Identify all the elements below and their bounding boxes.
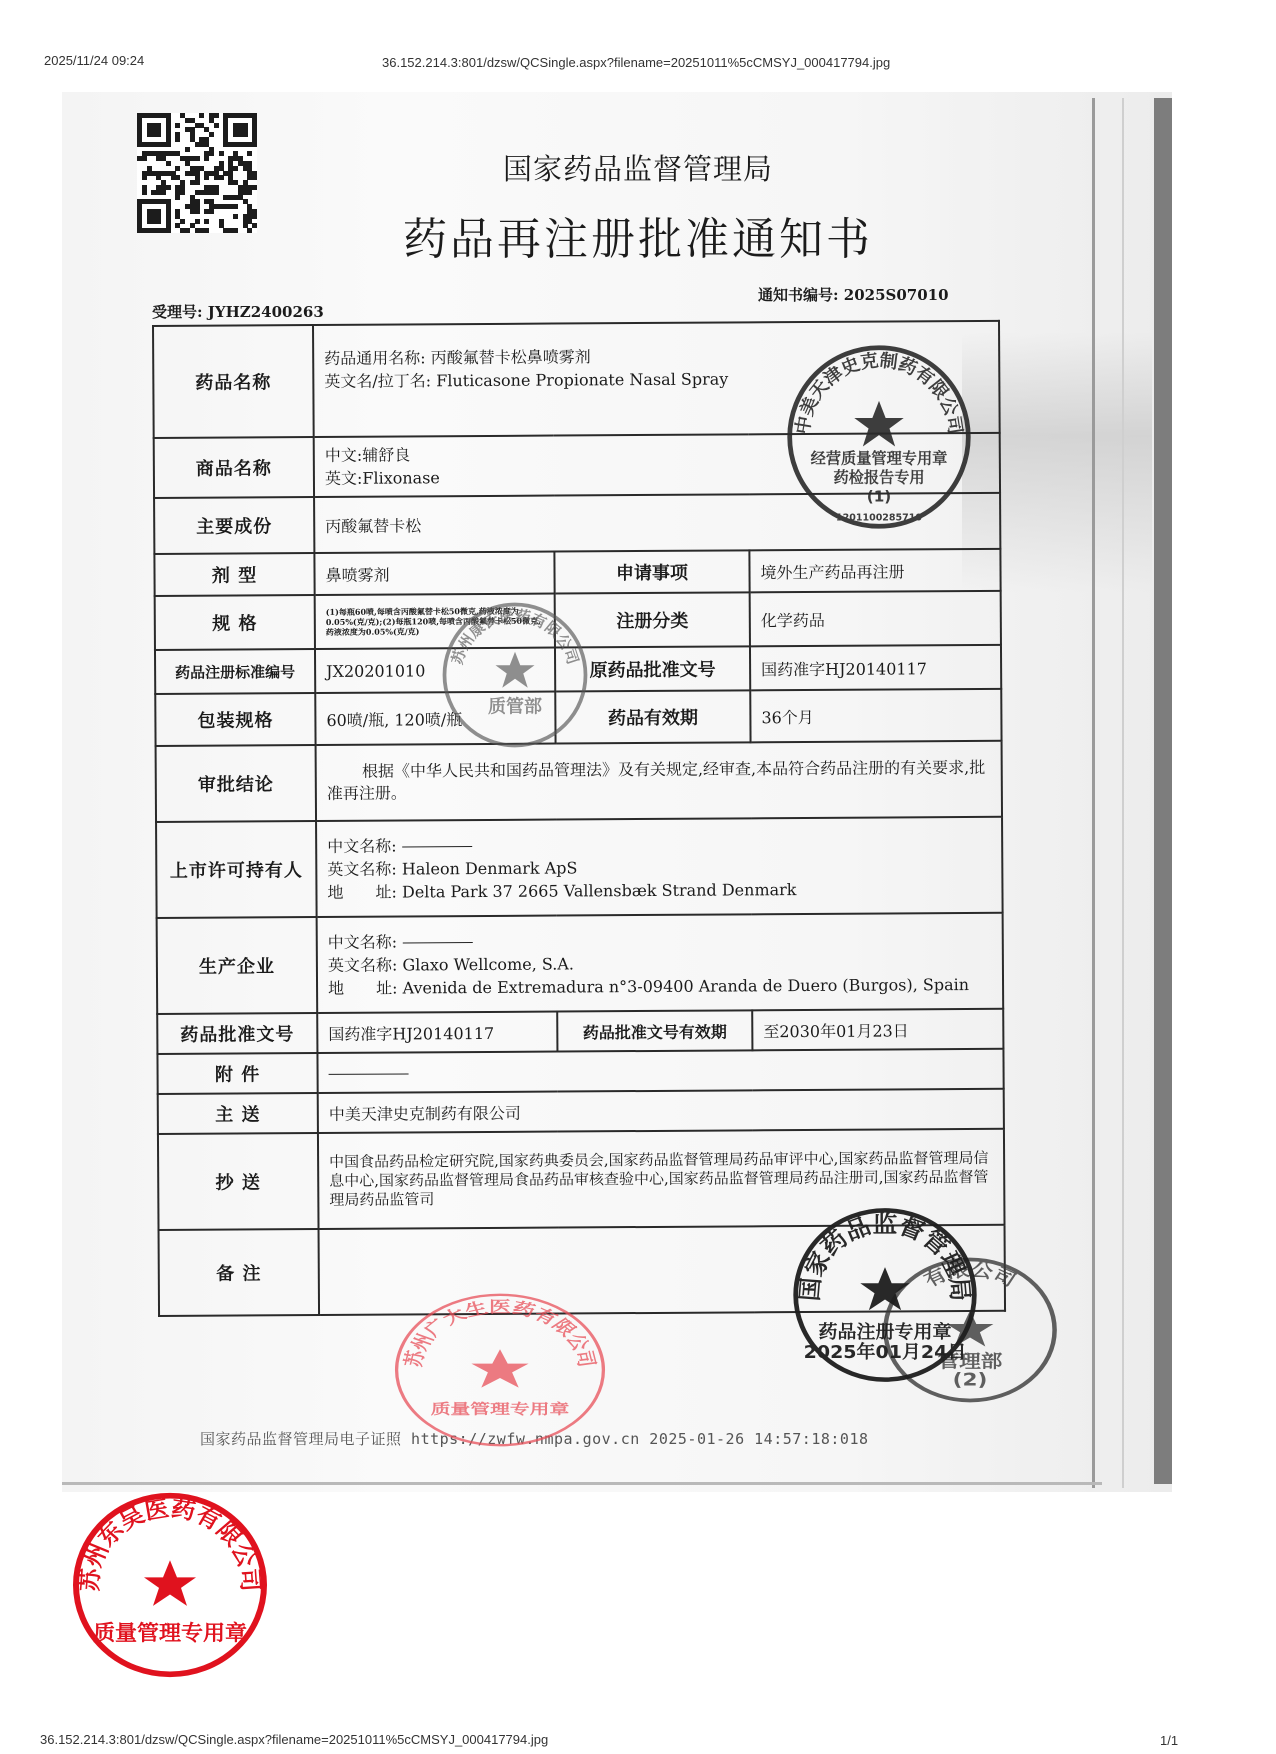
registration-category-value: 化学药品	[750, 591, 1001, 647]
print-datetime: 2025/11/24 09:24	[44, 53, 144, 68]
row-attachment: 附 件	[157, 1049, 1003, 1094]
row-dosage-form: 剂 型 鼻喷雾剂 申请事项 境外生产药品再注册	[154, 549, 1000, 596]
tianjin-company-stamp: 中美天津史克制药有限公司经营质量管理专用章药检报告专用(1)1201100285…	[784, 342, 974, 532]
scan-fold-line	[1122, 98, 1124, 1488]
label-approval-no-validity: 药品批准文号有效期	[557, 1010, 752, 1051]
notice-number: 通知书编号: 2025S07010	[758, 284, 949, 305]
svg-text:质管部: 质管部	[488, 696, 542, 718]
english-name-value: Fluticasone Propionate Nasal Spray	[436, 369, 728, 390]
dongwu-quality-stamp: 苏州东吴医药有限公司质量管理专用章	[70, 1490, 270, 1680]
guangda-quality-stamp: 苏州广大生医药有限公司质量管理专用章	[390, 1290, 610, 1450]
attachment-cell	[317, 1049, 1003, 1093]
trade-cn-label: 中文:	[325, 446, 363, 465]
approval-no-validity-value: 至2030年01月23日	[752, 1009, 1003, 1051]
acceptance-number: 受理号: JYHZ2400263	[152, 301, 324, 322]
svg-text:药检报告专用: 药检报告专用	[833, 469, 924, 487]
original-approval-no-value: 国药准字HJ20140117	[750, 645, 1001, 691]
mah-addr-value: Delta Park 37 2665 Vallensbæk Strand Den…	[402, 880, 797, 901]
label-cc: 抄 送	[158, 1133, 319, 1230]
mfr-en-label: 英文名称:	[328, 955, 398, 974]
row-approval-no: 药品批准文号 国药准字HJ20140117 药品批准文号有效期 至2030年01…	[157, 1009, 1003, 1054]
issuer-name: 国家药品监督管理局	[0, 147, 1276, 188]
label-conclusion: 审批结论	[156, 745, 316, 822]
label-mah: 上市许可持有人	[156, 821, 317, 918]
mah-en-label: 英文名称:	[327, 859, 397, 878]
mfr-cn-empty-dash	[402, 942, 472, 943]
attachment-empty-dash	[329, 1073, 409, 1074]
svg-text:药品注册专用章: 药品注册专用章	[819, 1322, 952, 1343]
mah-en-value: Haleon Denmark ApS	[402, 858, 578, 878]
application-item-value: 境外生产药品再注册	[749, 549, 1000, 593]
label-trade-name: 商品名称	[154, 437, 314, 498]
svg-text:(1): (1)	[867, 488, 891, 506]
svg-text:质量管理专用章: 质量管理专用章	[93, 1621, 247, 1646]
row-manufacturer: 生产企业 中文名称: 英文名称: Glaxo Wellcome, S.A. 地 …	[157, 913, 1004, 1014]
row-mah: 上市许可持有人 中文名称: 英文名称: Haleon Denmark ApS 地…	[156, 817, 1003, 918]
label-manufacturer: 生产企业	[157, 917, 318, 1014]
page-count: 1/1	[1160, 1733, 1178, 1748]
nmpa-registration-stamp: 国家药品监督管理局药品注册专用章2025年01月24日	[790, 1205, 980, 1385]
row-recipient: 主 送 中美天津史克制药有限公司	[158, 1089, 1004, 1134]
mfr-addr-value: Avenida de Extremadura n°3-09400 Aranda …	[402, 975, 969, 997]
generic-name-label: 药品通用名称:	[324, 348, 426, 368]
mfr-cn-label: 中文名称:	[328, 932, 398, 951]
scan-bottom-edge	[62, 1482, 1102, 1485]
mah-cn-empty-dash	[402, 846, 472, 847]
label-approval-no: 药品批准文号	[157, 1013, 317, 1054]
mfr-addr-label: 地 址:	[328, 978, 398, 997]
dosage-form-value: 鼻喷雾剂	[314, 552, 554, 595]
print-url-footer: 36.152.214.3:801/dzsw/QCSingle.aspx?file…	[40, 1732, 548, 1747]
svg-text:质量管理专用章: 质量管理专用章	[431, 1401, 569, 1418]
english-name-label: 英文名/拉丁名:	[324, 371, 431, 391]
svg-text:1201100285710: 1201100285710	[836, 513, 922, 524]
notice-number-label: 通知书编号:	[758, 286, 839, 304]
manufacturer-cell: 中文名称: 英文名称: Glaxo Wellcome, S.A. 地 址: Av…	[317, 913, 1004, 1013]
trade-en-value: Flixonase	[362, 468, 440, 487]
mah-addr-label: 地 址:	[327, 882, 397, 901]
trade-cn-value: 辅舒良	[362, 445, 410, 464]
mah-cn-label: 中文名称:	[327, 836, 397, 855]
svg-text:2025年01月24日: 2025年01月24日	[804, 1341, 967, 1362]
approval-no-value: 国药准字HJ20140117	[317, 1012, 557, 1053]
label-drug-name: 药品名称	[153, 325, 314, 438]
trade-en-label: 英文:	[325, 469, 363, 488]
recipient-value: 中美天津史克制药有限公司	[318, 1089, 1004, 1133]
label-standard-no: 药品注册标准编号	[155, 649, 315, 694]
scan-edge	[1154, 98, 1172, 1484]
label-recipient: 主 送	[158, 1093, 318, 1134]
print-url-header: 36.152.214.3:801/dzsw/QCSingle.aspx?file…	[382, 55, 890, 70]
generic-name-value: 丙酸氟替卡松鼻喷雾剂	[431, 347, 591, 367]
label-application-item: 申请事项	[554, 550, 749, 593]
kangshi-quality-stamp: 苏州康氏医药有限公司质管部	[440, 600, 590, 750]
label-package: 包装规格	[155, 693, 315, 746]
scan-fold-line	[1092, 98, 1095, 1488]
mfr-en-value: Glaxo Wellcome, S.A.	[402, 954, 574, 974]
acceptance-number-label: 受理号:	[152, 303, 203, 321]
label-dosage-form: 剂 型	[154, 553, 314, 596]
label-remarks: 备 注	[159, 1229, 320, 1316]
row-conclusion: 审批结论 根据《中华人民共和国药品管理法》及有关规定,经审查,本品符合药品注册的…	[156, 741, 1002, 822]
label-spec: 规 格	[155, 595, 315, 650]
notice-number-value: 2025S07010	[844, 286, 949, 304]
label-ingredient: 主要成份	[154, 497, 314, 554]
svg-text:经营质量管理专用章: 经营质量管理专用章	[811, 450, 948, 468]
document-title: 药品再注册批准通知书	[0, 203, 1276, 267]
mah-cell: 中文名称: 英文名称: Haleon Denmark ApS 地 址: Delt…	[316, 817, 1003, 917]
validity-value: 36个月	[750, 689, 1001, 743]
label-attachment: 附 件	[157, 1053, 317, 1094]
acceptance-number-value: JYHZ2400263	[208, 303, 324, 321]
conclusion-value: 根据《中华人民共和国药品管理法》及有关规定,经审查,本品符合药品注册的有关要求,…	[316, 741, 1002, 821]
